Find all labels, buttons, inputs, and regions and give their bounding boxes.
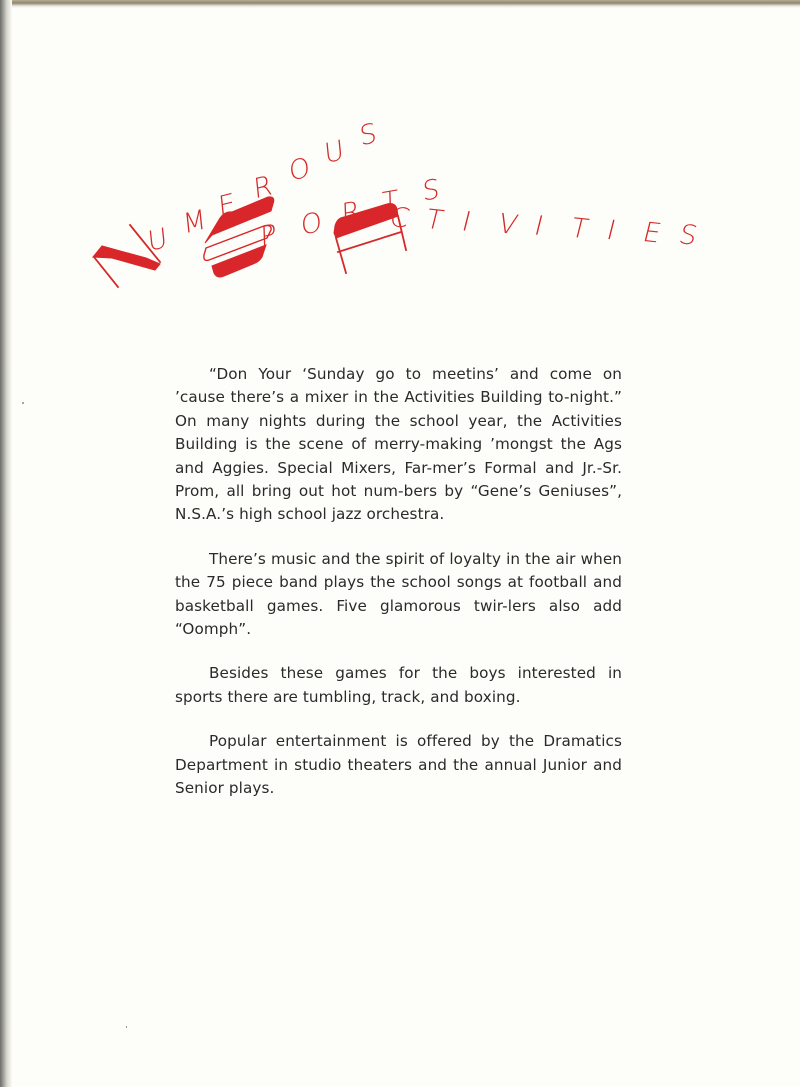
paragraph-band: There’s music and the spirit of loyalty …	[175, 548, 622, 642]
title-letter: I	[531, 211, 546, 242]
title-letter: I	[459, 207, 474, 238]
title-letter: O	[300, 207, 322, 242]
title-letter: S	[358, 118, 378, 153]
paragraph-sports: Besides these games for the boys interes…	[175, 662, 622, 709]
title-letter: M	[182, 204, 208, 241]
title-letter: P	[260, 219, 277, 253]
article-body: “Don Your ‘Sunday go to meetins’ and com…	[175, 363, 622, 822]
title-letter: R	[341, 196, 361, 230]
title-letter: S	[676, 220, 701, 252]
title-letter: T	[567, 213, 591, 245]
title-letter: I	[603, 215, 618, 246]
title-letter: E	[640, 217, 664, 249]
title-lettering: UMEROUSPORTSCTIVITIES	[0, 0, 800, 320]
title-letter: U	[323, 135, 345, 171]
paragraph-mixers: “Don Your ‘Sunday go to meetins’ and com…	[175, 363, 622, 527]
title-letter: O	[288, 152, 312, 188]
title-letter: V	[495, 209, 521, 241]
title-letter: E	[217, 188, 237, 223]
title-letter: T	[422, 204, 446, 236]
paper-speck	[126, 1026, 127, 1028]
title-letter: S	[422, 174, 440, 208]
page-title: Numerous Sports Activities UME	[0, 0, 800, 320]
title-letter: U	[146, 222, 168, 258]
title-letter: R	[252, 170, 273, 206]
paper-speck	[22, 402, 24, 404]
paragraph-dramatics: Popular entertainment is offered by the …	[175, 730, 622, 800]
